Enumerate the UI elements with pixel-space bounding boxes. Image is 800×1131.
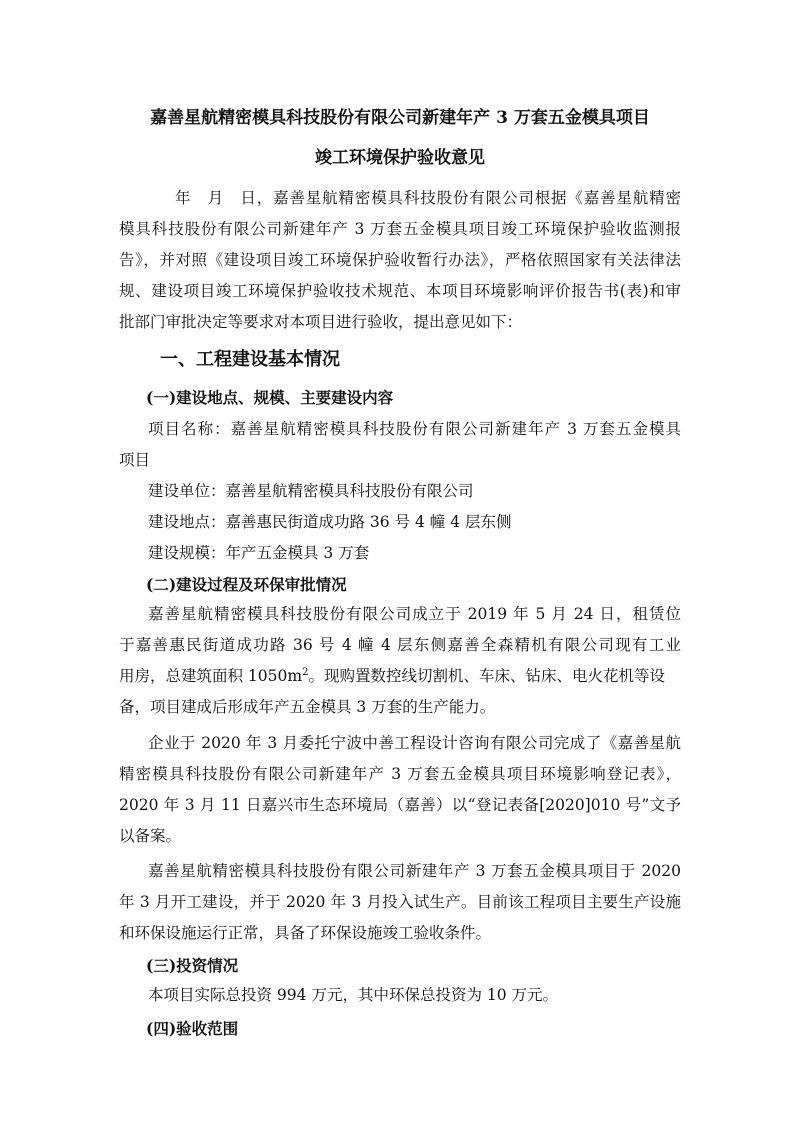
- intro-line: 告》，并对照《建设项目竣工环境保护验收暂行办法》，严格依照国家有关法律法: [119, 250, 681, 270]
- construction-unit: 建设单位：嘉善星航精密模具科技股份有限公司: [148, 481, 474, 501]
- document-title-line1: 嘉善星航精密模具科技股份有限公司新建年产 3 万套五金模具项目: [100, 108, 700, 128]
- paragraph-line: 年 3 月开工建设，并于 2020 年 3 月投入试生产。目前该工程项目主要生产…: [119, 892, 681, 912]
- paragraph-line: 精密模具科技股份有限公司新建年产 3 万套五金模具项目环境影响登记表》，: [119, 764, 681, 784]
- project-name-line: 项目名称：嘉善星航精密模具科技股份有限公司新建年产 3 万套五金模具: [148, 419, 681, 439]
- document-page: 嘉善星航精密模具科技股份有限公司新建年产 3 万套五金模具项目 竣工环境保护验收…: [0, 0, 800, 1131]
- intro-line: 模具科技股份有限公司新建年产 3 万套五金模具项目竣工环境保护验收监测报: [119, 219, 681, 239]
- intro-line: 规、建设项目竣工环境保护验收技术规范、本项目环境影响评价报告书(表)和审: [119, 281, 681, 301]
- document-title-line2: 竣工环境保护验收意见: [100, 148, 700, 168]
- paragraph-line: 嘉善星航精密模具科技股份有限公司成立于 2019 年 5 月 24 日，租赁位: [148, 604, 681, 624]
- subsection-heading: (三)投资情况: [146, 956, 238, 976]
- paragraph-line: 和环保设施运行正常，具备了环保设施竣工验收条件。: [119, 923, 491, 943]
- area-text: 用房，总建筑面积 1050m: [119, 667, 302, 685]
- subsection-heading: (二)建设过程及环保审批情况: [146, 575, 347, 595]
- paragraph-line: 于嘉善惠民街道成功路 36 号 4 幢 4 层东侧嘉善全森精机有限公司现有工业: [119, 635, 681, 655]
- project-name-line: 项目: [119, 450, 150, 470]
- paragraph-line: 嘉善星航精密模具科技股份有限公司新建年产 3 万套五金模具项目于 2020: [148, 861, 681, 881]
- paragraph-line: 用房，总建筑面积 1050m2。现购置数控线切割机、车床、钻床、电火花机等设: [119, 666, 681, 686]
- paragraph-line: 以备案。: [119, 826, 181, 846]
- paragraph-line: 企业于 2020 年 3 月委托宁波中善工程设计咨询有限公司完成了《嘉善星航: [148, 733, 681, 753]
- intro-line: 批部门审批决定等要求对本项目进行验收，提出意见如下：: [119, 312, 522, 332]
- construction-scale: 建设规模：年产五金模具 3 万套: [148, 543, 369, 563]
- paragraph-line: 2020 年 3 月 11 日嘉兴市生态环境局（嘉善）以“登记表备[2020]0…: [119, 795, 681, 815]
- paragraph-line: 备，项目建成后形成年产五金模具 3 万套的生产能力。: [119, 697, 495, 717]
- investment-text: 本项目实际总投资 994 万元，其中环保总投资为 10 万元。: [148, 985, 558, 1005]
- construction-location: 建设地点：嘉善惠民街道成功路 36 号 4 幢 4 层东侧: [148, 512, 512, 532]
- section-heading: 一、工程建设基本情况: [160, 350, 340, 370]
- subsection-heading: (一)建设地点、规模、主要建设内容: [146, 388, 393, 408]
- intro-line: 年 月 日，嘉善星航精密模具科技股份有限公司根据《嘉善星航精密: [175, 188, 681, 208]
- subsection-heading: (四)验收范围: [146, 1019, 238, 1039]
- area-text-cont: 。现购置数控线切割机、车床、钻床、电火花机等设: [308, 667, 665, 685]
